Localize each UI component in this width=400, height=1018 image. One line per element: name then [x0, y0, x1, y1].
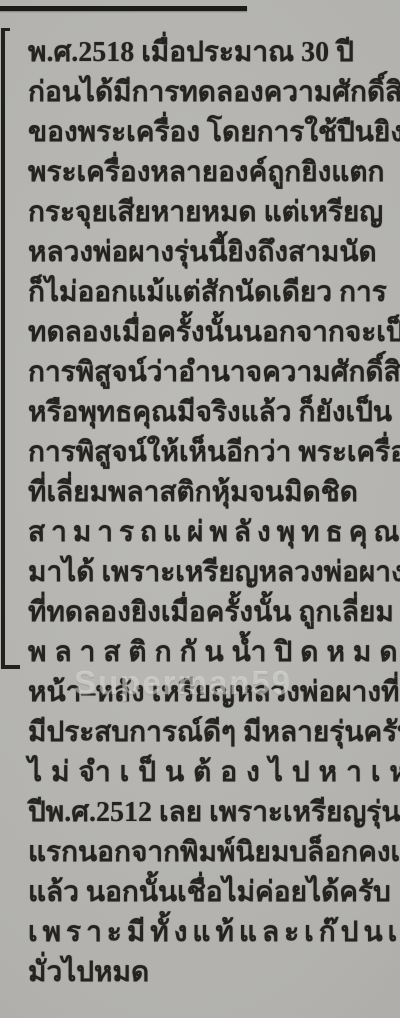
text-line: มีประสบการณ์ดีๆ มีหลายรุ่นครับ — [28, 713, 392, 753]
text-line: สามารถแผ่พลังพุทธคุณออก — [28, 513, 392, 553]
text-line: มาได้ เพราะเหรียญหลวงพ่อผาง — [28, 553, 392, 593]
left-frame-bottom-corner — [1, 665, 20, 669]
text-line: กระจุยเสียหายหมด แต่เหรียญ — [28, 193, 392, 233]
text-line: การพิสูจน์ให้เห็นอีกว่า พระเครื่อง — [28, 433, 392, 473]
text-line: หลวงพ่อผางรุ่นนี้ยิงถึงสามนัด — [28, 233, 392, 273]
text-line: พระเครื่องหลายองค์ถูกยิงแตก — [28, 153, 392, 193]
text-line: ที่เลี่ยมพลาสติกหุ้มจนมิดชิด — [28, 473, 392, 513]
article-text: พ.ศ.2518 เมื่อประมาณ 30 ปีก่อนได้มีการทด… — [28, 33, 392, 993]
text-line: ก็ไม่ออกแม้แต่สักนัดเดียว การ — [28, 273, 392, 313]
text-line: มั่วไปหมด — [28, 953, 392, 993]
text-line: ทดลองเมื่อครั้งนั้นนอกจากจะเป็น — [28, 313, 392, 353]
text-line: หรือพุทธคุณมีจริงแล้ว ก็ยังเป็น — [28, 393, 392, 433]
text-line: แรกนอกจากพิมพ์นิยมบล็อกคงเค — [28, 833, 392, 873]
text-line: พ.ศ.2518 เมื่อประมาณ 30 ปี — [28, 33, 392, 73]
top-rule — [0, 6, 247, 11]
scanned-page: พ.ศ.2518 เมื่อประมาณ 30 ปีก่อนได้มีการทด… — [0, 0, 400, 1018]
text-line: แล้ว นอกนั้นเชื่อไม่ค่อยได้ครับ — [28, 873, 392, 913]
text-line: ที่ทดลองยิงเมื่อครั้งนั้น ถูกเลี่ยม — [28, 593, 392, 633]
left-frame-border — [1, 28, 5, 669]
text-line: พลาสติกกันน้ำปิดหมดทั้ง — [28, 633, 392, 673]
text-line: ของพระเครื่อง โดยการใช้ปืนยิง — [28, 113, 392, 153]
text-line: ก่อนได้มีการทดลองความศักดิ์สิทธิ์ — [28, 73, 392, 113]
text-line: ปีพ.ศ.2512 เลย เพราะเหรียญรุ่น — [28, 793, 392, 833]
text-line: เพราะมีทั้งแท้และเก๊ปนเป — [28, 913, 392, 953]
left-frame-top-corner — [1, 28, 10, 31]
text-line: การพิสูจน์ว่าอำนาจความศักดิ์สิทธิ์ — [28, 353, 392, 393]
text-line: หน้า–หลัง เหรียญหลวงพ่อผางที่ — [28, 673, 392, 713]
text-line: ไม่จำเป็นต้องไปหาเหรียญ — [28, 753, 392, 793]
